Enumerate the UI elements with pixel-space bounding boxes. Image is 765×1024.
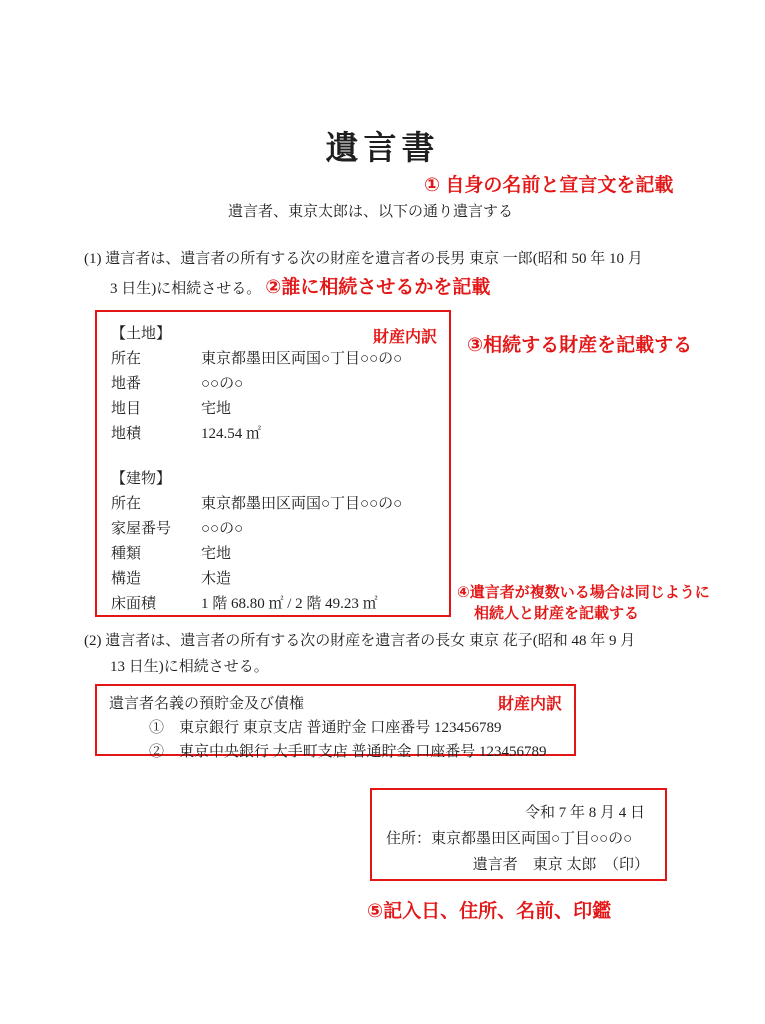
asset-box-bank-accounts: 財産内訳 遺言者名義の預貯金及び債権 ① 東京銀行 東京支店 普通貯金 口座番号… (95, 684, 576, 756)
annotation-5-date-address-name-seal: ⑤記入日、住所、名前、印鑑 (367, 896, 611, 923)
building-section-heading: 【建物】 (111, 467, 435, 492)
row-label: 地番 (111, 372, 201, 397)
row-label: 地目 (111, 397, 201, 422)
row-label: 家屋番号 (111, 517, 201, 542)
building-row-location: 所在東京都墨田区両国○丁目○○の○ (111, 492, 435, 517)
annotation-4-line-1: ④遺言者が複数いる場合は同じように (457, 582, 710, 603)
clause-1-line-1: (1) 遺言者は、遺言者の所有する次の財産を遺言者の長男 東京 一郎(昭和 50… (84, 247, 643, 268)
annotation-4-multiple-heirs: ④遺言者が複数いる場合は同じように 相続人と財産を記載する (457, 582, 710, 624)
annotation-3-assets: ③相続する財産を記載する (467, 330, 692, 357)
bank-account-item-1: ① 東京銀行 東京支店 普通貯金 口座番号 123456789 (109, 716, 562, 740)
clause-1-line-2: 3 日生)に相続させる。②誰に相続させるかを記載 (110, 272, 490, 299)
asset-box-land-building: 財産内訳 【土地】 所在東京都墨田区両国○丁目○○の○ 地番○○の○ 地目宅地 … (95, 310, 451, 617)
row-value: ○○の○ (201, 376, 243, 392)
clause-2-line-1: (2) 遺言者は、遺言者の所有する次の財産を遺言者の長女 東京 花子(昭和 48… (84, 629, 635, 650)
row-label: 所在 (111, 347, 201, 372)
row-value: 1 階 68.80 ㎡ / 2 階 49.23 ㎡ (201, 596, 378, 612)
clause-1-line-2-text: 3 日生)に相続させる。 (110, 281, 261, 297)
row-label: 地積 (111, 422, 201, 447)
row-label: 床面積 (111, 592, 201, 617)
land-row-area: 地積124.54 ㎡ (111, 422, 435, 447)
building-row-structure: 構造木造 (111, 567, 435, 592)
will-document-page: 遺言書 ① 自身の名前と宣言文を記載 遺言者、東京太郎は、以下の通り遺言する (… (0, 0, 765, 1024)
row-label: 種類 (111, 542, 201, 567)
land-row-category: 地目宅地 (111, 397, 435, 422)
row-value: 124.54 ㎡ (201, 426, 261, 442)
land-row-lot-number: 地番○○の○ (111, 372, 435, 397)
page-title: 遺言書 (0, 122, 765, 169)
row-value: 東京都墨田区両国○丁目○○の○ (201, 496, 402, 512)
land-row-location: 所在東京都墨田区両国○丁目○○の○ (111, 347, 435, 372)
building-section: 【建物】 所在東京都墨田区両国○丁目○○の○ 家屋番号○○の○ 種類宅地 構造木… (111, 467, 435, 617)
asset-breakdown-badge-1: 財産内訳 (373, 324, 437, 347)
row-value: 宅地 (201, 546, 231, 562)
annotation-1-name-declaration: ① 自身の名前と宣言文を記載 (424, 170, 673, 197)
bank-account-item-2: ② 東京中央銀行 大手町支店 普通貯金 口座番号 123456789 (109, 740, 562, 764)
row-label: 所在 (111, 492, 201, 517)
section-divider-gap (111, 447, 435, 467)
building-row-type: 種類宅地 (111, 542, 435, 567)
row-value: 東京都墨田区両国○丁目○○の○ (201, 351, 402, 367)
asset-breakdown-badge-2: 財産内訳 (498, 693, 562, 717)
annotation-2-heir: ②誰に相続させるかを記載 (265, 277, 490, 298)
annotation-4-line-2: 相続人と財産を記載する (457, 603, 710, 624)
row-label: 構造 (111, 567, 201, 592)
row-value: 木造 (201, 571, 231, 587)
signature-address: 住所：東京都墨田区両国○丁目○○の○ (386, 826, 651, 852)
declaration-line: 遺言者、東京太郎は、以下の通り遺言する (228, 200, 513, 221)
signature-box: 令和 7 年 8 月 4 日 住所：東京都墨田区両国○丁目○○の○ 遺言者 東京… (370, 788, 667, 881)
clause-2-line-2: 13 日生)に相続させる。 (110, 655, 269, 676)
signature-date: 令和 7 年 8 月 4 日 (386, 800, 651, 826)
row-value: 宅地 (201, 401, 231, 417)
building-row-floor-area: 床面積1 階 68.80 ㎡ / 2 階 49.23 ㎡ (111, 592, 435, 617)
signature-name-seal: 遺言者 東京 太郎 （印） (386, 852, 651, 878)
row-value: ○○の○ (201, 521, 243, 537)
building-row-house-number: 家屋番号○○の○ (111, 517, 435, 542)
bank-section-heading: 遺言者名義の預貯金及び債権 (109, 692, 562, 716)
